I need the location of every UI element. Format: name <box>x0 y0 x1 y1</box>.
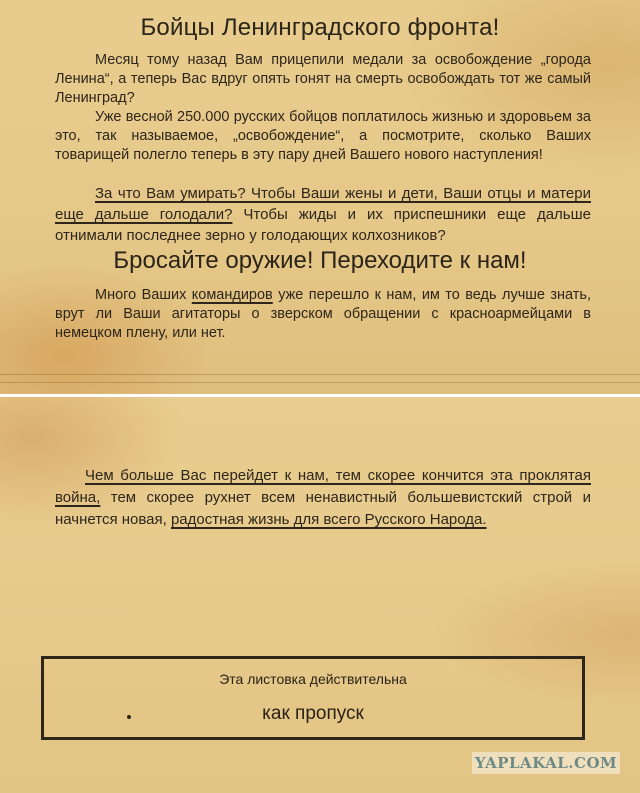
watermark: YAPLAKAL.COM <box>472 752 620 774</box>
leaflet-title: Бойцы Ленинградского фронта! <box>0 14 640 42</box>
paper-fold <box>0 382 640 383</box>
paragraph-war-end: Чем больше Вас перейдет к нам, тем скоре… <box>55 465 591 531</box>
pass-title: как пропуск <box>44 703 582 725</box>
paragraph-commanders: Много Ваших командиров уже перешло к нам… <box>55 286 591 343</box>
underlined-text: командиров <box>192 287 273 303</box>
paragraph-why-die: За что Вам умирать? Чтобы Ваши жены и де… <box>55 183 591 246</box>
underlined-text: радостная жизнь для всего Русского Народ… <box>171 511 487 528</box>
paragraph-losses: Уже весной 250.000 русских бойцов поплат… <box>55 108 591 165</box>
paragraph-medals: Месяц тому назад Вам прицепили медали за… <box>55 51 591 108</box>
ink-spot <box>127 715 131 719</box>
pass-caption: Эта листовка действительна <box>44 671 582 687</box>
call-to-action-heading: Бросайте оружие! Переходите к нам! <box>0 247 640 275</box>
safe-conduct-pass-box: Эта листовка действительна как пропуск <box>41 656 585 740</box>
leaflet-front: Бойцы Ленинградского фронта! Месяц тому … <box>0 0 640 394</box>
paper-fold <box>0 374 640 375</box>
